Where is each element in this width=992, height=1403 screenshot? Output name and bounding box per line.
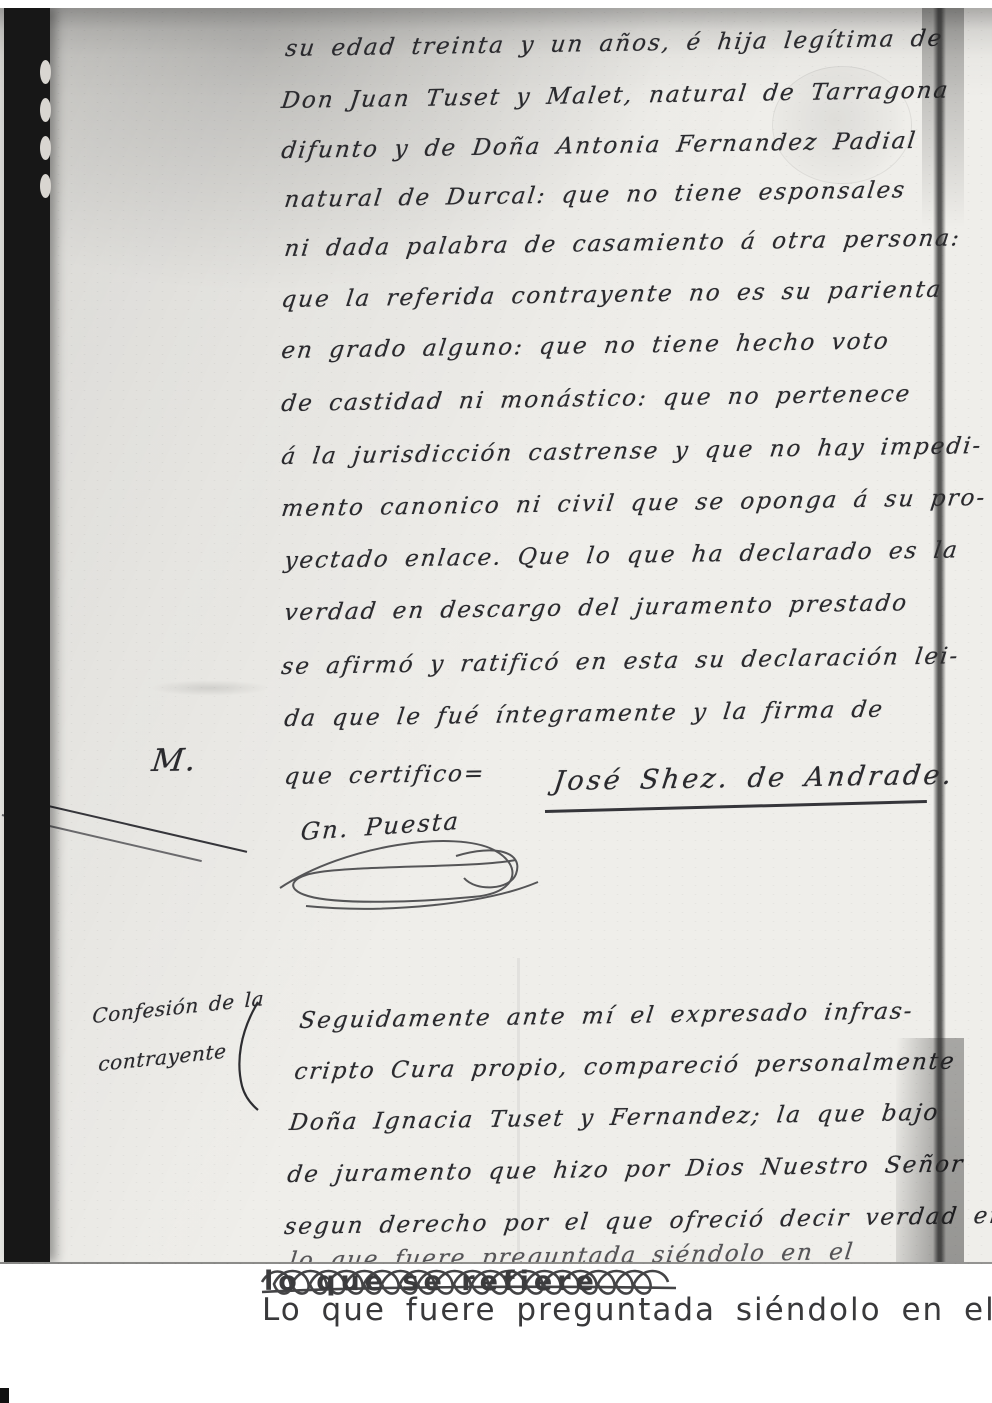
manuscript-line: verdad en descargo del juramento prestad… — [283, 592, 910, 625]
manuscript-line: en grado alguno: que no tiene hecho voto — [280, 330, 891, 363]
margin-note: contrayente — [98, 1041, 227, 1074]
manuscript-line: Seguidamente ante mí el expresado infras… — [298, 1000, 915, 1033]
manuscript-line: Doña Ignacia Tuset y Fernandez; la que b… — [288, 1102, 941, 1135]
manuscript-line: de castidad ni monástico: que no pertene… — [280, 383, 913, 416]
certify-line: que certifico= — [283, 763, 487, 789]
manuscript-line: da que le fué íntegramente y la firma de — [283, 699, 885, 731]
manuscript-line: de juramento que hizo por Dios Nuestro S… — [286, 1153, 966, 1187]
manuscript-line: yectado enlace. Que lo que ha declarado … — [283, 539, 960, 573]
manuscript-line: segun derecho por el que ofreció decir v… — [283, 1205, 992, 1239]
fold-shadow — [896, 1038, 964, 1262]
margin-mark: M. — [150, 745, 200, 777]
binding-tab — [40, 60, 51, 84]
manuscript-line: se afirmó y ratificó en esta su declarac… — [280, 645, 961, 679]
binding-tab — [40, 98, 51, 122]
photocopy-page: su edad treinta y un años, é hija legíti… — [0, 0, 992, 1403]
manuscript-line: á la jurisdicción castrense y que no hay… — [280, 435, 984, 469]
manuscript-line: mento canonico ni civil que se oponga á … — [280, 487, 988, 521]
signature-rubric — [276, 826, 546, 916]
binding-tab — [40, 174, 51, 198]
manuscript-line: cripto Cura propio, compareció personalm… — [293, 1051, 957, 1084]
modern-annotation: Lo que fuere preguntada siéndolo en el — [262, 1292, 992, 1328]
priest-signature: José Shez. de Andrade. — [552, 762, 956, 795]
manuscript-scan: su edad treinta y un años, é hija legíti… — [0, 8, 992, 1264]
ink-smudge — [150, 680, 270, 696]
signature-underline — [545, 800, 927, 812]
margin-brace — [228, 1000, 262, 1112]
fold-line — [933, 8, 946, 1262]
scan-corner-mark — [0, 1388, 9, 1403]
binding-tab — [40, 136, 51, 160]
